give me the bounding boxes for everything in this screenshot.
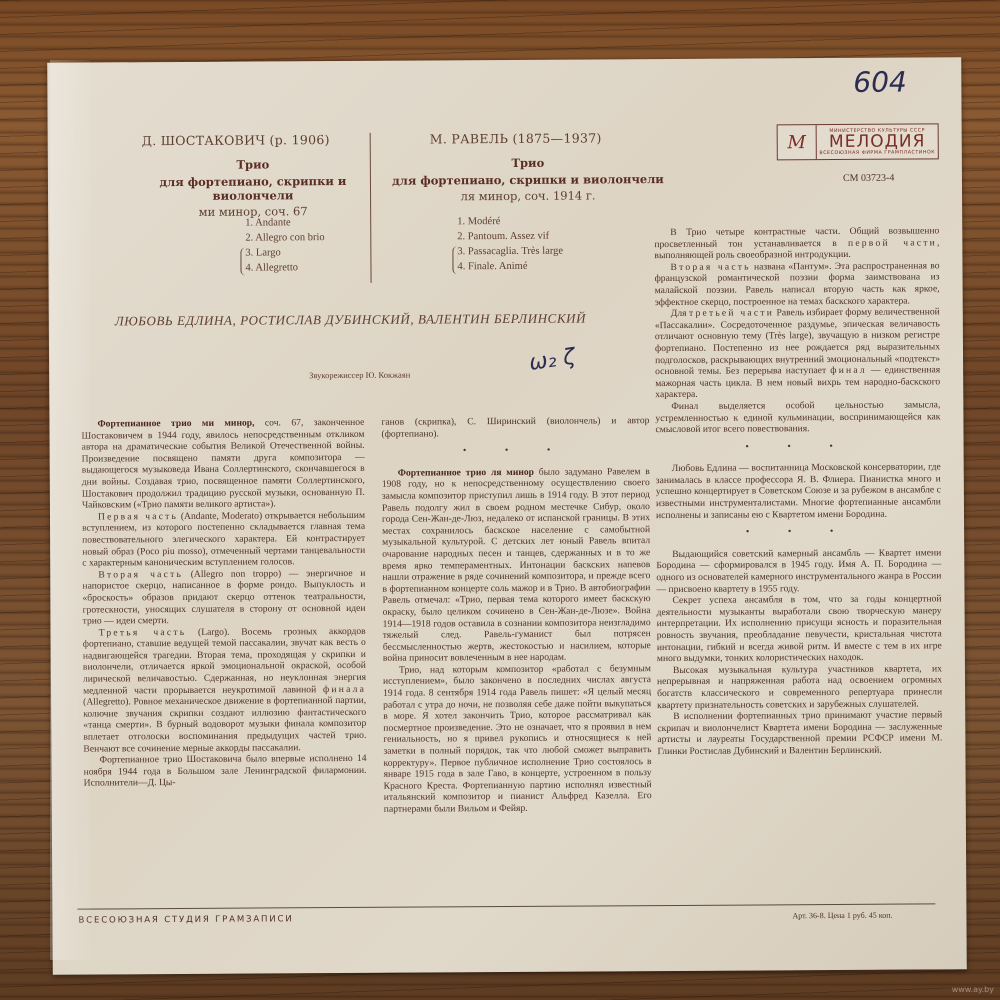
side-brace — [240, 248, 245, 276]
paragraph: Трио, над которым композитор «работал с … — [383, 663, 652, 815]
paragraph: ганов (скрипка), С. Ширинский (виолончел… — [381, 415, 649, 440]
work-title: Трио — [118, 157, 388, 173]
composer-ravel: М. РАВЕЛЬ (1875—1937) — [430, 130, 602, 146]
movement: 4. Finale. Animé — [457, 259, 563, 275]
instrumentation: для фортепиано, скрипки и виолончели — [378, 172, 678, 188]
sound-engineer: Звукорежиссер Ю. Кокжаян — [309, 370, 410, 381]
section-lead: финала — [323, 684, 366, 695]
melodiya-logo: М МИНИСТЕРСТВО КУЛЬТУРЫ СССР МЕЛОДИЯ ВСЕ… — [777, 123, 939, 160]
paragraph: Фортепианное трио Шостаковича было вперв… — [83, 753, 366, 790]
paragraph: Финал выделяется особой цельностью замыс… — [655, 399, 940, 436]
side-brace — [452, 246, 457, 274]
movement: 3. Passacaglia. Très large — [457, 244, 563, 260]
movement: 1. Modéré — [457, 214, 563, 230]
movement: 2. Allegro con brio — [245, 230, 324, 245]
catalog-number: СМ 03723-4 — [843, 173, 894, 184]
paragraph: Высокая музыкальная культура участников … — [657, 663, 942, 711]
record-sleeve-back: 604 М МИНИСТЕРСТВО КУЛЬТУРЫ СССР МЕЛОДИЯ… — [47, 57, 967, 975]
paragraph: В исполнении фортепианных трио принимают… — [657, 710, 942, 758]
section-lead: Третья часть — [99, 627, 187, 639]
separator-dots: • • • — [656, 526, 941, 539]
movement: 2. Pantoum. Assez vif — [457, 229, 563, 245]
lead-bold: Фортепианное трио ля минор — [398, 467, 534, 479]
company-text: ВСЕСОЮЗНАЯ ФИРМА ГРАМПЛАСТИНОК — [819, 150, 935, 156]
price-info: Арт. 36-8. Цена 1 руб. 45 коп. — [792, 911, 892, 921]
lead-bold: Фортепианное трио ми минор, — [97, 418, 254, 430]
section-lead: финал — [830, 365, 867, 376]
section-lead: первой части — [848, 237, 937, 249]
paragraph: Любовь Едлина — воспитанница Московской … — [656, 462, 941, 522]
section-lead: Вторая часть — [98, 569, 183, 581]
separator-dots: • • • — [382, 444, 650, 457]
performers: ЛЮБОВЬ ЕДЛИНА, РОСТИСЛАВ ДУБИНСКИЙ, ВАЛЕ… — [115, 311, 586, 330]
instrumentation: для фортепиано, скрипки и виолончели — [118, 174, 388, 204]
work-title: Трио — [378, 155, 678, 171]
notes-column-3: В Трио четыре контрастные части. Общий в… — [654, 225, 942, 757]
paragraph: соч. 67, законченное Шостаковичем в 1944… — [81, 417, 364, 511]
movement: 4. Allegretto — [245, 260, 324, 275]
brand-name: МЕЛОДИЯ — [829, 133, 925, 151]
paragraph: Для — [671, 308, 689, 319]
watermark: www.ay.by — [952, 985, 994, 994]
movement: 3. Largo — [245, 245, 324, 260]
paragraph: (Allegretto). Ровное механическое движен… — [83, 695, 366, 754]
handwritten-scribble: ω₂ ζ — [527, 344, 576, 375]
handwritten-number: 604 — [853, 66, 907, 99]
movement-list-ravel: 1. Modéré 2. Pantoum. Assez vif 3. Passa… — [457, 214, 563, 275]
melodiya-emblem-icon: М — [778, 125, 817, 159]
paragraph: Секрет успеха ансамбля в том, что за год… — [656, 594, 941, 665]
section-lead: Первая часть — [98, 511, 178, 522]
paragraph: Выдающийся советский камерный ансамбль —… — [656, 547, 941, 595]
paragraph: было задумано Равелем в 1908 году, но к … — [382, 466, 651, 664]
notes-column-2: ганов (скрипка), С. Ширинский (виолончел… — [381, 415, 651, 815]
footer-rule — [77, 903, 935, 909]
section-lead: Вторая часть — [670, 261, 750, 272]
studio-name: ВСЕСОЮЗНАЯ СТУДИЯ ГРАМЗАПИСИ — [78, 914, 293, 925]
separator-dots: • • • — [656, 440, 941, 453]
movement: 1. Andante — [245, 215, 324, 230]
composer-shostakovich: Д. ШОСТАКОВИЧ (р. 1906) — [142, 132, 330, 148]
notes-column-1: Фортепианное трио ми минор, соч. 67, зак… — [81, 417, 366, 790]
work-key: ля минор, соч. 1914 г. — [378, 188, 678, 204]
movement-list-shostakovich: 1. Andante 2. Allegro con brio 3. Largo … — [245, 215, 325, 275]
section-lead: третьей части — [689, 308, 774, 320]
